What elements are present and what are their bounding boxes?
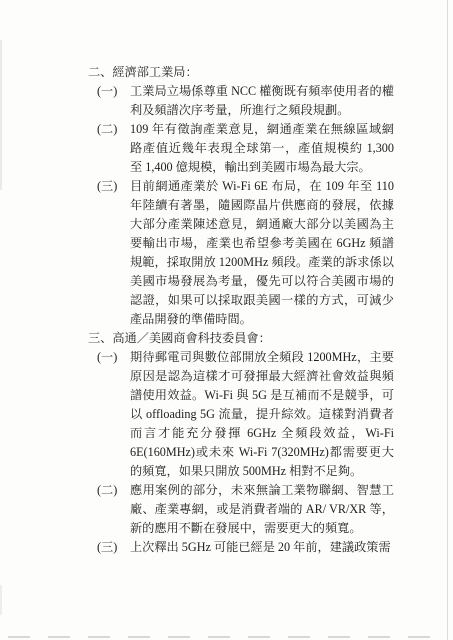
item-text: 期待郵電司與數位部開放全頻段 1200MHz，主要原因是認為這樣才可發揮最大經濟… bbox=[130, 350, 394, 478]
list-item: (二) 109 年有徵詢產業意見，網通產業在無線區域網路產值近幾年表現全球第一，… bbox=[97, 120, 394, 177]
list-item: (三) 目前網通產業於 Wi-Fi 6E 布局，在 109 年至 110 年陸續… bbox=[97, 177, 394, 329]
item-label: (一) bbox=[97, 348, 117, 367]
list-item: (二) 應用案例的部分，未來無論工業物聯網、智慧工廠、產業專網，或是消費者端的 … bbox=[97, 481, 394, 538]
section-heading: 三、高通／美國商會科技委員會： bbox=[88, 329, 394, 348]
section-moea-idb: 二、經濟部工業局： (一) 工業局立場係尊重 NCC 權衡既有頻率使用者的權利及… bbox=[88, 63, 394, 329]
item-label: (一) bbox=[97, 82, 117, 101]
item-label: (三) bbox=[97, 538, 117, 557]
item-label: (二) bbox=[97, 120, 117, 139]
scan-artifact-left-smudge bbox=[0, 40, 2, 190]
list-item: (一) 工業局立場係尊重 NCC 權衡既有頻率使用者的權利及頻譜次序考量，所進行… bbox=[97, 82, 394, 120]
item-label: (二) bbox=[97, 481, 117, 500]
section-qualcomm-amcham: 三、高通／美國商會科技委員會： (一) 期待郵電司與數位部開放全頻段 1200M… bbox=[88, 329, 394, 557]
document-page: 二、經濟部工業局： (一) 工業局立場係尊重 NCC 權衡既有頻率使用者的權利及… bbox=[0, 0, 453, 640]
item-label: (三) bbox=[97, 177, 117, 196]
item-text: 目前網通產業於 Wi-Fi 6E 布局，在 109 年至 110 年陸續有著墨，… bbox=[130, 179, 394, 326]
list-item: (一) 期待郵電司與數位部開放全頻段 1200MHz，主要原因是認為這樣才可發揮… bbox=[97, 348, 394, 481]
item-text: 應用案例的部分，未來無論工業物聯網、智慧工廠、產業專網，或是消費者端的 AR/ … bbox=[130, 483, 394, 535]
scan-artifact-left-smudge bbox=[0, 585, 2, 615]
scan-artifact-right-edge bbox=[447, 0, 448, 640]
document-content: 二、經濟部工業局： (一) 工業局立場係尊重 NCC 權衡既有頻率使用者的權利及… bbox=[88, 63, 394, 557]
item-text: 上次釋出 5GHz 可能已經是 20 年前，建議政策需 bbox=[130, 540, 391, 554]
item-text: 109 年有徵詢產業意見，網通產業在無線區域網路產值近幾年表現全球第一，產值規模… bbox=[130, 122, 394, 174]
item-text: 工業局立場係尊重 NCC 權衡既有頻率使用者的權利及頻譜次序考量，所進行之頻段規… bbox=[130, 84, 394, 117]
scan-artifact-bottom-edge bbox=[8, 636, 445, 638]
section-heading: 二、經濟部工業局： bbox=[88, 63, 394, 82]
list-item: (三) 上次釋出 5GHz 可能已經是 20 年前，建議政策需 bbox=[97, 538, 394, 557]
